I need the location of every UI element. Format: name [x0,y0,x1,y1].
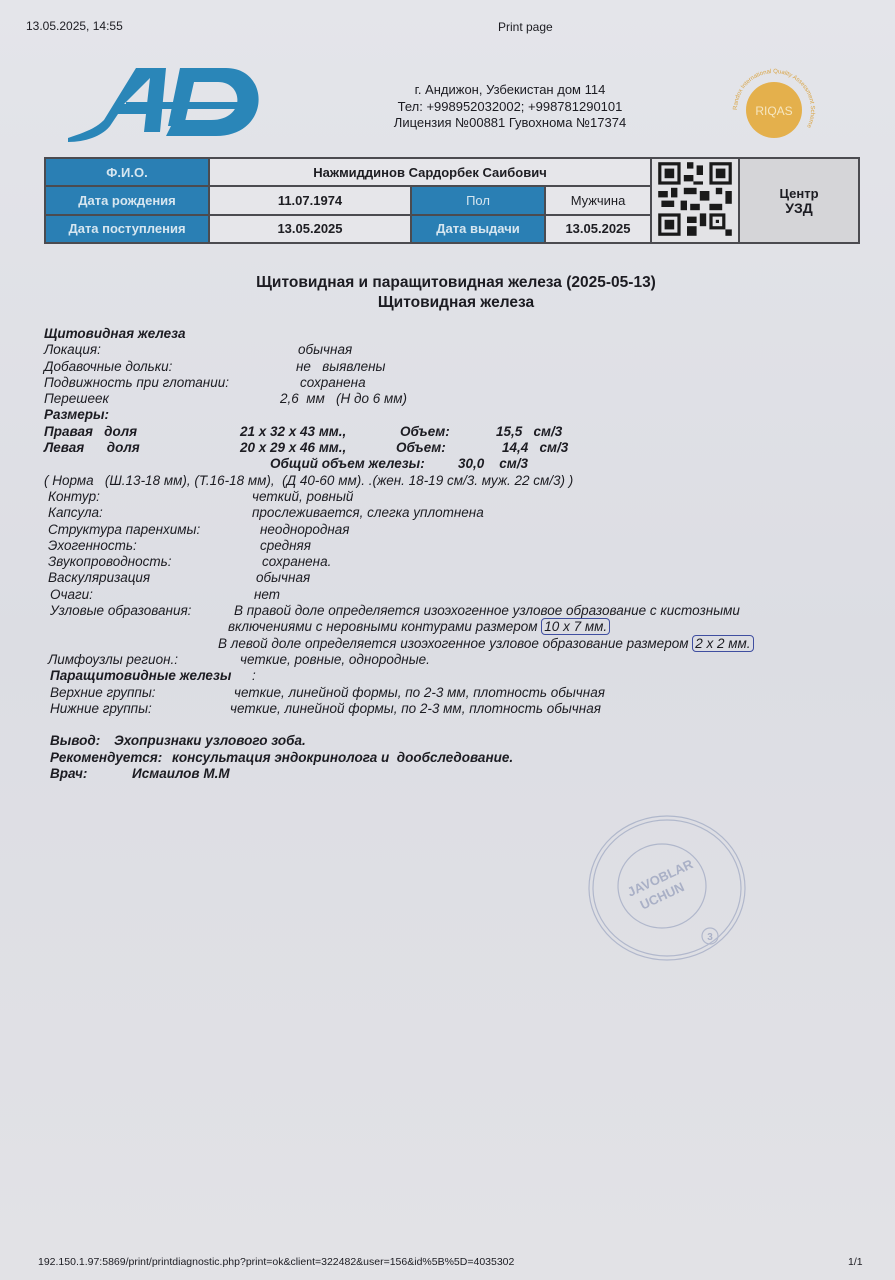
parathyroid-label: Паращитовидные железы [50,668,231,684]
nodule-left-size: 2 x 2 мм. [692,635,753,652]
patient-info-table: Ф.И.О. Нажмиддинов Сардорбек Саибович [44,157,860,244]
conclusion-value: Эхопризнаки узлового зоба. [114,733,306,749]
sex-label: Пол [411,186,545,214]
left-volume-label: Объем: [396,440,446,456]
center-name: УЗД [740,201,858,216]
total-volume-label: Общий объем железы: [270,456,425,472]
conclusion-label: Вывод: [50,733,100,749]
right-volume-label: Объем: [400,424,450,440]
nodule-left-line: В левой доле определяется изоэхогенное у… [218,636,754,652]
doctor-name: Исмаилов М.М [132,766,230,782]
dob-label: Дата рождения [45,186,209,214]
upper-groups-label: Верхние группы: [50,685,156,701]
report-title-block: Щитовидная и паращитовидная железа (2025… [0,273,895,313]
nodule-right-size: 10 x 7 мм. [541,618,610,635]
foci-label: Очаги: [50,587,93,603]
footer-url: 192.150.1.97:5869/print/printdiagnostic.… [38,1256,514,1268]
clinic-address-block: г. Андижон, Узбекистан дом 114 Тел: +998… [340,82,680,132]
sizes-label: Размеры: [44,407,109,423]
report-title: Щитовидная и паращитовидная железа (2025… [0,273,895,293]
svg-text:RIQAS: RIQAS [755,104,792,118]
lower-groups-label: Нижние группы: [50,701,152,717]
recommend-value: консультация эндокринолога и дообследова… [172,750,513,766]
conduction-value: сохранена. [262,554,331,570]
patient-name: Нажмиддинов Сардорбек Саибович [209,158,651,186]
clinic-address: г. Андижон, Узбекистан дом 114 [340,82,680,99]
nodule-left-text: В левой доле определяется изоэхогенное у… [218,636,688,651]
clinic-logo [66,62,271,144]
recommend-label: Рекомендуется: [50,750,162,766]
footer-page-number: 1/1 [848,1256,863,1268]
doctor-label: Врач: [50,766,87,782]
issue-label: Дата выдачи [411,215,545,243]
isthmus-value: 2,6 мм (Н до 6 мм) [280,391,407,407]
issue-value: 13.05.2025 [545,215,651,243]
center-cell: Центр УЗД [739,158,859,243]
right-volume-value: 15,5 см/3 [496,424,562,440]
dob-value: 11.07.1974 [209,186,411,214]
lymph-value: четкие, ровные, однородные. [240,652,430,668]
isthmus-label: Перешеек [44,391,109,407]
riqas-badge: RIQAS Randox International Quality Asses… [730,66,818,154]
sex-value: Мужчина [545,186,651,214]
nodules-label: Узловые образования: [50,603,191,619]
upper-groups-value: четкие, линейной формы, по 2-3 мм, плотн… [234,685,605,701]
nodule-right-text: включениями с неровными контурами размер… [228,619,538,634]
norm-text: ( Норма (Ш.13-18 мм), (Т.16-18 мм), (Д 4… [44,473,573,489]
lobules-value: не выявлены [296,359,385,375]
lower-groups-value: четкие, линейной формы, по 2-3 мм, плотн… [230,701,601,717]
right-lobe-label: Правая доля [44,424,137,440]
section-thyroid: Щитовидная железа [44,326,186,342]
print-page-title: Print page [498,20,553,34]
capsule-value: прослеживается, слегка уплотнена [252,505,484,521]
structure-value: неоднородная [260,522,349,538]
mobility-label: Подвижность при глотании: [44,375,229,391]
left-lobe-label: Левая доля [44,440,140,456]
center-label: Центр [740,186,858,201]
report-subtitle: Щитовидная железа [0,293,895,313]
vascular-value: обычная [256,570,310,586]
lobules-label: Добавочные дольки: [44,359,172,375]
contour-label: Контур: [48,489,100,505]
nodule-right-line1: В правой доле определяется изоэхогенное … [234,603,740,619]
structure-label: Структура паренхимы: [48,522,200,538]
stamp: JAVOBLAR UCHUN 3 [582,808,752,968]
mobility-value: сохранена [300,375,366,391]
lymph-label: Лимфоузлы регион.: [48,652,178,668]
right-lobe-size: 21 x 32 x 43 мм., [240,424,346,440]
name-label: Ф.И.О. [45,158,209,186]
location-value: обычная [298,342,352,358]
qr-code-icon [655,159,735,239]
left-lobe-size: 20 x 29 x 46 мм., [240,440,346,456]
left-volume-value: 14,4 см/3 [502,440,568,456]
conduction-label: Звукопроводность: [48,554,171,570]
vascular-label: Васкуляризация [48,570,150,586]
qr-code [651,158,739,243]
total-volume-value: 30,0 см/3 [458,456,528,472]
capsule-label: Капсула: [48,505,103,521]
echogenicity-label: Эхогенность: [48,538,137,554]
clinic-phone: Тел: +998952032002; +998781290101 [340,99,680,116]
echogenicity-value: средняя [260,538,311,554]
admission-label: Дата поступления [45,215,209,243]
nodule-right-line2: включениями с неровными контурами размер… [228,619,610,635]
svg-text:3: 3 [707,932,713,943]
print-datetime: 13.05.2025, 14:55 [26,19,123,33]
contour-value: четкий, ровный [252,489,353,505]
admission-value: 13.05.2025 [209,215,411,243]
report-body: Щитовидная железа Локация:обычная Добаво… [44,326,864,782]
clinic-license: Лицензия №00881 Гувохнома №17374 [340,115,680,132]
foci-value: нет [254,587,280,603]
location-label: Локация: [44,342,101,358]
